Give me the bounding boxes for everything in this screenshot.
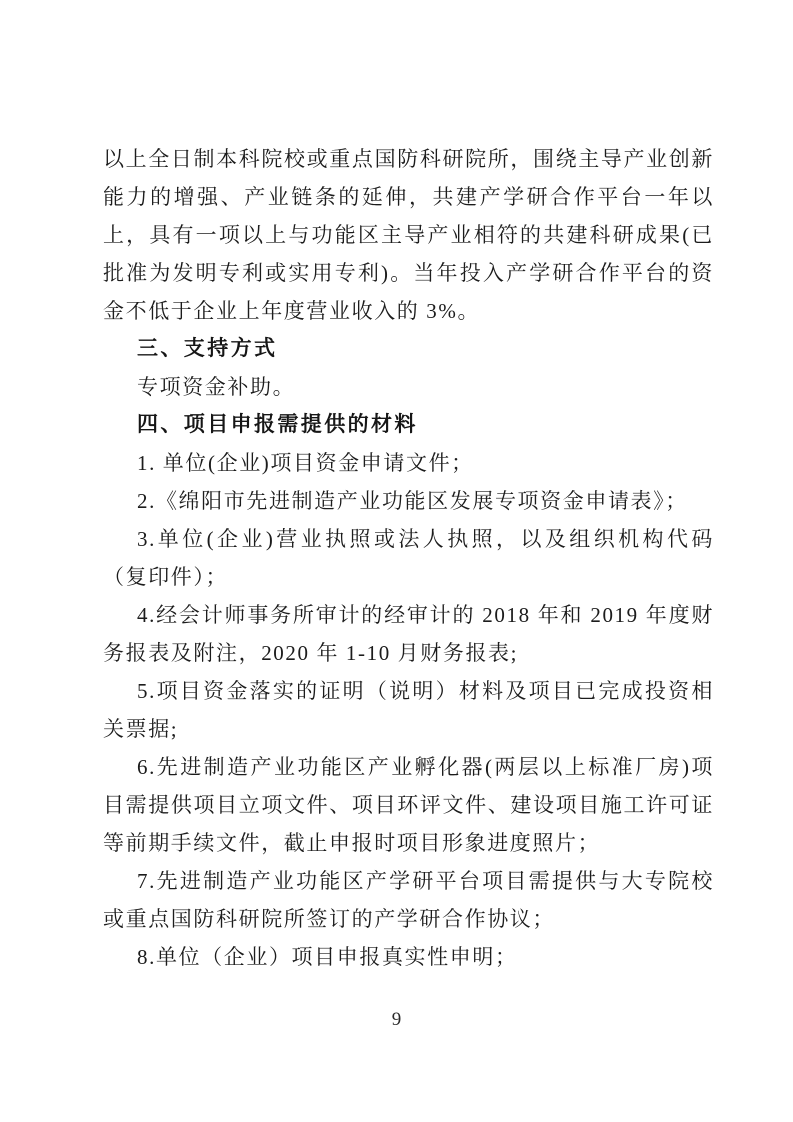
document-page: 以上全日制本科院校或重点国防科研院所，围绕主导产业创新能力的增强、产业链条的延伸… (0, 0, 793, 1122)
list-item-4: 4.经会计师事务所审计的经审计的 2018 年和 2019 年度财务报表及附注，… (103, 596, 714, 672)
list-item-1: 1. 单位(企业)项目资金申请文件； (103, 444, 714, 482)
paragraph-support-method: 专项资金补助。 (103, 368, 714, 406)
page-number: 9 (0, 1006, 793, 1034)
list-item-3: 3.单位(企业)营业执照或法人执照，以及组织机构代码（复印件）； (103, 520, 714, 596)
paragraph-continuation: 以上全日制本科院校或重点国防科研院所，围绕主导产业创新能力的增强、产业链条的延伸… (103, 140, 714, 330)
list-item-7: 7.先进制造产业功能区产学研平台项目需提供与大专院校或重点国防科研院所签订的产学… (103, 862, 714, 938)
section-heading-required-materials: 四、项目申报需提供的材料 (103, 406, 714, 444)
section-heading-support-method: 三、支持方式 (103, 330, 714, 368)
list-item-2: 2.《绵阳市先进制造产业功能区发展专项资金申请表》； (103, 482, 714, 520)
list-item-5: 5.项目资金落实的证明（说明）材料及项目已完成投资相关票据; (103, 672, 714, 748)
document-body: 以上全日制本科院校或重点国防科研院所，围绕主导产业创新能力的增强、产业链条的延伸… (103, 140, 714, 976)
list-item-8: 8.单位（企业）项目申报真实性申明； (103, 938, 714, 976)
list-item-6: 6.先进制造产业功能区产业孵化器(两层以上标准厂房)项目需提供项目立项文件、项目… (103, 748, 714, 862)
